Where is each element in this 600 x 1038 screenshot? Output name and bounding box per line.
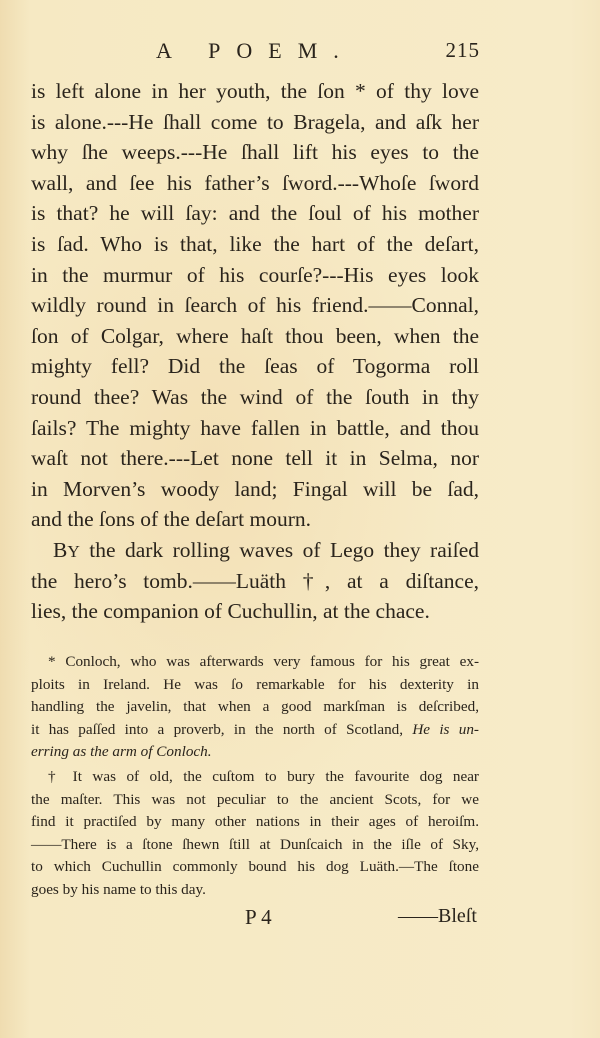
footnote-line: to which Cuchullin commonly bound his do… [31,856,479,879]
catchword: ——Bleſt [398,905,477,928]
footnote-line: find it practiſed by many other nations … [31,811,479,834]
running-title: A POEM. [156,38,355,64]
footnotes: * Conloch, who was afterwards very famou… [31,651,479,902]
footnote-line: ——There is a ſtone ſhewn ſtill at Dunſca… [31,834,479,857]
body-line: ſails? The mighty have fallen in battle,… [31,413,479,444]
body-line: wildly round in ſearch of his friend.——C… [31,290,479,321]
footnote-line: * Conloch, who was afterwards very famou… [31,651,479,674]
body-line: the hero’s tomb.——Luäth †, at a diſtance… [31,566,479,597]
running-head: A POEM. 215 [150,38,480,68]
drop-word-smallcap: Y [67,542,79,561]
body-line: is left alone in her youth, the ſon * of… [31,76,479,107]
footnote-line: goes by his name to this day. [31,879,479,902]
body-line: lies, the companion of Cuchullin, at the… [31,596,479,627]
drop-word-initial: B [53,538,67,562]
footnote-luath: † It was of old, the cuſtom to bury the … [31,766,479,902]
footnote-line: it has paſſed into a proverb, in the nor… [31,719,479,742]
body-text: is left alone in her youth, the ſon * of… [31,76,479,627]
footnote-line: the maſter. This was not peculiar to the… [31,789,479,812]
page-footer: P 4 ——Bleſt [0,905,600,935]
footnote-line: † It was of old, the cuſtom to bury the … [31,766,479,789]
body-line: waſt not there.---Let none tell it in Se… [31,443,479,474]
footnote-line: handling the javelin, that when a good m… [31,696,479,719]
body-line: and the ſons of the deſart mourn. [31,504,479,535]
footnote-text: it has paſſed into a proverb, in the nor… [31,721,412,738]
body-line: wall, and ſee his father’s ſword.---Whoſ… [31,168,479,199]
body-line: is ſad. Who is that, like the hart of th… [31,229,479,260]
body-line: why ſhe weeps.---He ſhall lift his eyes … [31,137,479,168]
paragraph-2-first-line: BY the dark rolling waves of Lego they r… [31,535,479,566]
footnote-line: erring as the arm of Conloch. [31,741,479,764]
signature-mark: P 4 [245,905,272,930]
footnote-italic-proverb: erring as the arm of Conloch. [31,743,212,760]
body-line: round thee? Was the wind of the ſouth in… [31,382,479,413]
footnote-line: ploits in Ireland. He was ſo remarkable … [31,674,479,697]
footnote-conloch: * Conloch, who was afterwards very famou… [31,651,479,764]
body-line: mighty fell? Did the ſeas of Togorma rol… [31,351,479,382]
body-line: in the murmur of his courſe?---His eyes … [31,260,479,291]
body-line-rest: the dark rolling waves of Lego they raiſ… [80,538,479,562]
body-line: ſon of Colgar, where haſt thou been, whe… [31,321,479,352]
footnote-italic-proverb: He is un- [412,721,479,738]
body-line: is that? he will ſay: and the ſoul of hi… [31,198,479,229]
body-line: in Morven’s woody land; Fingal will be ſ… [31,474,479,505]
body-line: is alone.---He ſhall come to Bragela, an… [31,107,479,138]
page-number: 215 [446,38,481,63]
book-page: A POEM. 215 is left alone in her youth, … [0,0,600,1038]
